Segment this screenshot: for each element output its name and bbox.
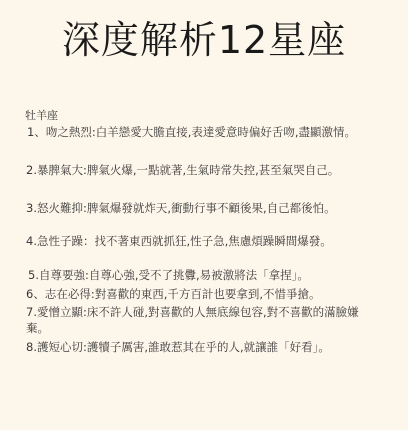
trait-item: 3.怒火難抑:脾氣爆發就炸天,衝動行事不顧後果,自己都後怕。 <box>26 200 336 216</box>
trait-item: 5.自尊要強:自尊心強,受不了挑釁,易被激將法「拿捏」。 <box>28 267 309 283</box>
trait-item: 2.暴脾氣大:脾氣火爆,一點就著,生氣時常失控,甚至氣哭自己。 <box>26 162 339 178</box>
page-title: 深度解析12星座 <box>0 14 408 66</box>
trait-item: 6、志在必得:對喜歡的東西,千方百計也要拿到,不惜爭搶。 <box>26 286 321 302</box>
trait-item: 8.護短心切:護犢子厲害,誰敢惹其在乎的人,就讓誰「好看」。 <box>26 339 330 355</box>
trait-item: 7.愛憎立顯:床不許人碰,對喜歡的人無底線包容,對不喜歡的滿臉嫌棄。 <box>26 304 366 336</box>
zodiac-sign-heading: 牡羊座 <box>25 109 58 123</box>
trait-item: 4.急性子躁：找不著東西就抓狂,性子急,焦慮煩躁瞬間爆發。 <box>26 233 332 249</box>
trait-item: 1、吻之熱烈:白羊戀愛大膽直接,表達愛意時偏好舌吻,盡顯激情。 <box>27 124 356 140</box>
